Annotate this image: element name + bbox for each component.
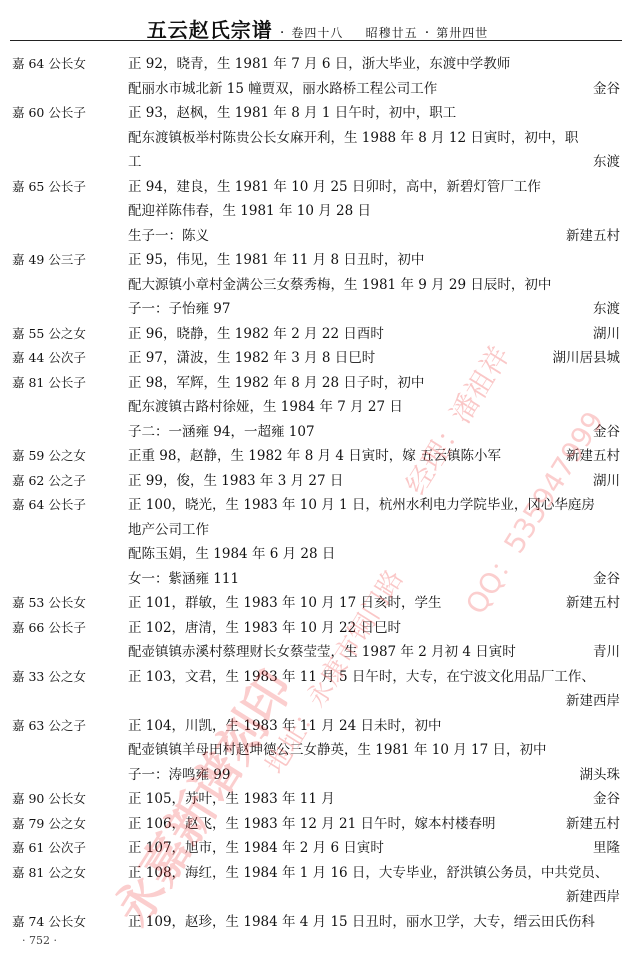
parent-label: 嘉 55 公之女 [12, 322, 86, 347]
entry-line: 嘉 81 公之女正 108，海红，生 1984 年 1 月 16 日，大专毕业，… [0, 861, 635, 886]
entry-text: 生子一：陈义 [128, 224, 209, 249]
entry-line: 嘉 55 公之女正 96，晓静，生 1982 年 2 月 22 日酉时湖川 [0, 322, 635, 347]
residence-label: 金谷 [593, 787, 620, 812]
entry-text: 正 100，晓光，生 1983 年 10 月 1 日，杭州水利电力学院毕业，冈心… [128, 493, 595, 518]
entry-text: 配迎祥陈伟春，生 1981 年 10 月 28 日 [128, 199, 371, 224]
entry-text: 正 98，军辉，生 1982 年 8 月 28 日子时，初中 [128, 371, 424, 396]
entry-line: 配东渡镇板举村陈贵公长女麻开利，生 1988 年 8 月 12 日寅时，初中，职 [0, 126, 635, 151]
entry-text: 正重 98，赵静，生 1982 年 8 月 4 日寅时，嫁 五云镇陈小军 [128, 444, 501, 469]
entry-line: 嘉 53 公长女正 101，群敏，生 1983 年 10 月 17 日亥时，学生… [0, 591, 635, 616]
entry-line: 嘉 90 公长女正 105，苏叶，生 1983 年 11 月金谷 [0, 787, 635, 812]
parent-label: 嘉 79 公之女 [12, 812, 86, 837]
entry-text: 正 108，海红，生 1984 年 1 月 16 日，大专毕业，舒洪镇公务员，中… [128, 861, 608, 886]
entry-line: 女一：紫涵雍 111金谷 [0, 567, 635, 592]
entry-line: 嘉 64 公长女正 92，晓青，生 1981 年 7 月 6 日，浙大毕业，东渡… [0, 52, 635, 77]
entry-text: 正 103，文君，生 1983 年 11 月 5 日午时，大专，在宁波文化用品厂… [128, 665, 595, 690]
entry-line: 嘉 74 公长女正 109，赵珍，生 1984 年 4 月 15 日丑时，丽水卫… [0, 910, 635, 935]
parent-label: 嘉 63 公之子 [12, 714, 86, 739]
entry-text: 配陈玉娟，生 1984 年 6 月 28 日 [128, 542, 335, 567]
residence-label: 金谷 [593, 420, 620, 445]
generation-label: 第卅四世 [436, 26, 488, 40]
entry-line: 子一：子怡雍 97东渡 [0, 297, 635, 322]
page-header: 五云赵氏宗谱 · 卷四十八 昭穆廿五 · 第卅四世 [0, 14, 635, 43]
residence-label: 新建五村 [566, 591, 620, 616]
entry-text: 配东渡镇古路村徐娅，生 1984 年 7 月 27 日 [128, 395, 403, 420]
entry-line: 嘉 64 公长子正 100，晓光，生 1983 年 10 月 1 日，杭州水利电… [0, 493, 635, 518]
parent-label: 嘉 81 公长子 [12, 371, 86, 396]
entry-text: 配壶镇镇羊母田村赵坤德公三女静英，生 1981 年 10 月 17 日，初中 [128, 738, 546, 763]
residence-label: 湖川居县城 [553, 346, 621, 371]
parent-label: 嘉 53 公长女 [12, 591, 86, 616]
parent-label: 嘉 49 公三子 [12, 248, 86, 273]
parent-label: 嘉 59 公之女 [12, 444, 86, 469]
volume-label: 卷四十八 [291, 26, 343, 40]
entry-text: 子一：涛鸣雍 99 [128, 763, 230, 788]
residence-label: 青川 [593, 640, 620, 665]
book-title: 五云赵氏宗谱 [147, 18, 273, 42]
entry-text: 正 96，晓静，生 1982 年 2 月 22 日酉时 [128, 322, 384, 347]
separator-dot: · [425, 25, 429, 41]
entry-line: 嘉 62 公之子正 99，俊，生 1983 年 3 月 27 日湖川 [0, 469, 635, 494]
entry-line: 子二：一涵雍 94，一超雍 107金谷 [0, 420, 635, 445]
entry-line: 嘉 59 公之女正重 98，赵静，生 1982 年 8 月 4 日寅时，嫁 五云… [0, 444, 635, 469]
entry-text: 正 94，建良，生 1981 年 10 月 25 日卯时，高中，新碧灯管厂工作 [128, 175, 541, 200]
residence-label: 新建五村 [566, 812, 620, 837]
entry-line: 配东渡镇古路村徐娅，生 1984 年 7 月 27 日 [0, 395, 635, 420]
entry-line: 新建西岸 [0, 689, 635, 714]
entry-line: 子一：涛鸣雍 99湖头珠 [0, 763, 635, 788]
parent-label: 嘉 44 公次子 [12, 346, 86, 371]
residence-label: 新建五村 [566, 224, 620, 249]
parent-label: 嘉 64 公长女 [12, 52, 86, 77]
header-rule [10, 40, 622, 41]
entry-line: 嘉 44 公次子正 97，潇波，生 1982 年 3 月 8 日巳时湖川居县城 [0, 346, 635, 371]
parent-label: 嘉 90 公长女 [12, 787, 86, 812]
entry-text: 正 106，赵飞，生 1983 年 12 月 21 日午时，嫁本村楼春明 [128, 812, 496, 837]
entry-text: 正 101，群敏，生 1983 年 10 月 17 日亥时，学生 [128, 591, 442, 616]
entry-line: 嘉 66 公长子正 102，唐清，生 1983 年 10 月 22 日巳时 [0, 616, 635, 641]
parent-label: 嘉 74 公长女 [12, 910, 86, 935]
residence-label: 湖川 [593, 322, 620, 347]
parent-label: 嘉 62 公之子 [12, 469, 86, 494]
entry-line: 配大源镇小章村金满公三女蔡秀梅，生 1981 年 9 月 29 日辰时，初中 [0, 273, 635, 298]
entry-text: 子一：子怡雍 97 [128, 297, 230, 322]
entry-line: 嘉 81 公长子正 98，军辉，生 1982 年 8 月 28 日子时，初中 [0, 371, 635, 396]
entry-line: 配迎祥陈伟春，生 1981 年 10 月 28 日 [0, 199, 635, 224]
entry-line: 嘉 49 公三子正 95，伟见，生 1981 年 11 月 8 日丑时，初中 [0, 248, 635, 273]
branch-label: 昭穆廿五 [366, 26, 418, 40]
entry-line: 配壶镇镇羊母田村赵坤德公三女静英，生 1981 年 10 月 17 日，初中 [0, 738, 635, 763]
entry-line: 嘉 79 公之女正 106，赵飞，生 1983 年 12 月 21 日午时，嫁本… [0, 812, 635, 837]
entry-text: 正 104，川凯，生 1983 年 11 月 24 日未时，初中 [128, 714, 442, 739]
parent-label: 嘉 65 公长子 [12, 175, 86, 200]
residence-label: 湖川 [593, 469, 620, 494]
entry-line: 嘉 63 公之子正 104，川凯，生 1983 年 11 月 24 日未时，初中 [0, 714, 635, 739]
entry-text: 地产公司工作 [128, 518, 209, 543]
entry-line: 地产公司工作 [0, 518, 635, 543]
entry-line: 配壶镇镇赤溪村蔡理财长女蔡莹莹，生 1987 年 2 月初 4 日寅时青川 [0, 640, 635, 665]
parent-label: 嘉 61 公次子 [12, 836, 86, 861]
residence-label: 里隆 [593, 836, 620, 861]
residence-label: 东渡 [593, 150, 620, 175]
entry-line: 嘉 65 公长子正 94，建良，生 1981 年 10 月 25 日卯时，高中，… [0, 175, 635, 200]
entry-text: 正 99，俊，生 1983 年 3 月 27 日 [128, 469, 343, 494]
residence-label: 金谷 [593, 567, 620, 592]
entry-text: 女一：紫涵雍 111 [128, 567, 239, 592]
separator-dot: · [280, 25, 284, 41]
entry-text: 工 [128, 150, 142, 175]
parent-label: 嘉 64 公长子 [12, 493, 86, 518]
parent-label: 嘉 60 公长子 [12, 101, 86, 126]
residence-label: 新建西岸 [566, 689, 620, 714]
residence-label: 湖头珠 [580, 763, 621, 788]
residence-label: 新建西岸 [566, 885, 620, 910]
entry-text: 配东渡镇板举村陈贵公长女麻开利，生 1988 年 8 月 12 日寅时，初中，职 [128, 126, 578, 151]
parent-label: 嘉 81 公之女 [12, 861, 86, 886]
entry-text: 正 92，晓青，生 1981 年 7 月 6 日，浙大毕业，东渡中学教师 [128, 52, 510, 77]
entry-line: 嘉 33 公之女正 103，文君，生 1983 年 11 月 5 日午时，大专，… [0, 665, 635, 690]
entry-line: 嘉 61 公次子正 107，旭市，生 1984 年 2 月 6 日寅时里隆 [0, 836, 635, 861]
page-number: · 752 · [22, 934, 57, 947]
parent-label: 嘉 33 公之女 [12, 665, 86, 690]
entry-text: 配大源镇小章村金满公三女蔡秀梅，生 1981 年 9 月 29 日辰时，初中 [128, 273, 551, 298]
entry-text: 正 109，赵珍，生 1984 年 4 月 15 日丑时，丽水卫学，大专，缙云田… [128, 910, 595, 935]
entry-text: 正 102，唐清，生 1983 年 10 月 22 日巳时 [128, 616, 401, 641]
entry-line: 配陈玉娟，生 1984 年 6 月 28 日 [0, 542, 635, 567]
entry-line: 配丽水市城北新 15 幢贾双，丽水路桥工程公司工作金谷 [0, 77, 635, 102]
genealogy-entries: 嘉 64 公长女正 92，晓青，生 1981 年 7 月 6 日，浙大毕业，东渡… [0, 52, 635, 934]
entry-line: 生子一：陈义新建五村 [0, 224, 635, 249]
entry-line: 工东渡 [0, 150, 635, 175]
entry-line: 嘉 60 公长子正 93，赵枫，生 1981 年 8 月 1 日午时，初中，职工 [0, 101, 635, 126]
entry-text: 正 107，旭市，生 1984 年 2 月 6 日寅时 [128, 836, 384, 861]
entry-text: 正 97，潇波，生 1982 年 3 月 8 日巳时 [128, 346, 375, 371]
entry-line: 新建西岸 [0, 885, 635, 910]
entry-text: 正 105，苏叶，生 1983 年 11 月 [128, 787, 335, 812]
entry-text: 配壶镇镇赤溪村蔡理财长女蔡莹莹，生 1987 年 2 月初 4 日寅时 [128, 640, 516, 665]
entry-text: 正 95，伟见，生 1981 年 11 月 8 日丑时，初中 [128, 248, 424, 273]
residence-label: 金谷 [593, 77, 620, 102]
residence-label: 新建五村 [566, 444, 620, 469]
residence-label: 东渡 [593, 297, 620, 322]
parent-label: 嘉 66 公长子 [12, 616, 86, 641]
entry-text: 配丽水市城北新 15 幢贾双，丽水路桥工程公司工作 [128, 77, 437, 102]
entry-text: 子二：一涵雍 94，一超雍 107 [128, 420, 315, 445]
entry-text: 正 93，赵枫，生 1981 年 8 月 1 日午时，初中，职工 [128, 101, 456, 126]
